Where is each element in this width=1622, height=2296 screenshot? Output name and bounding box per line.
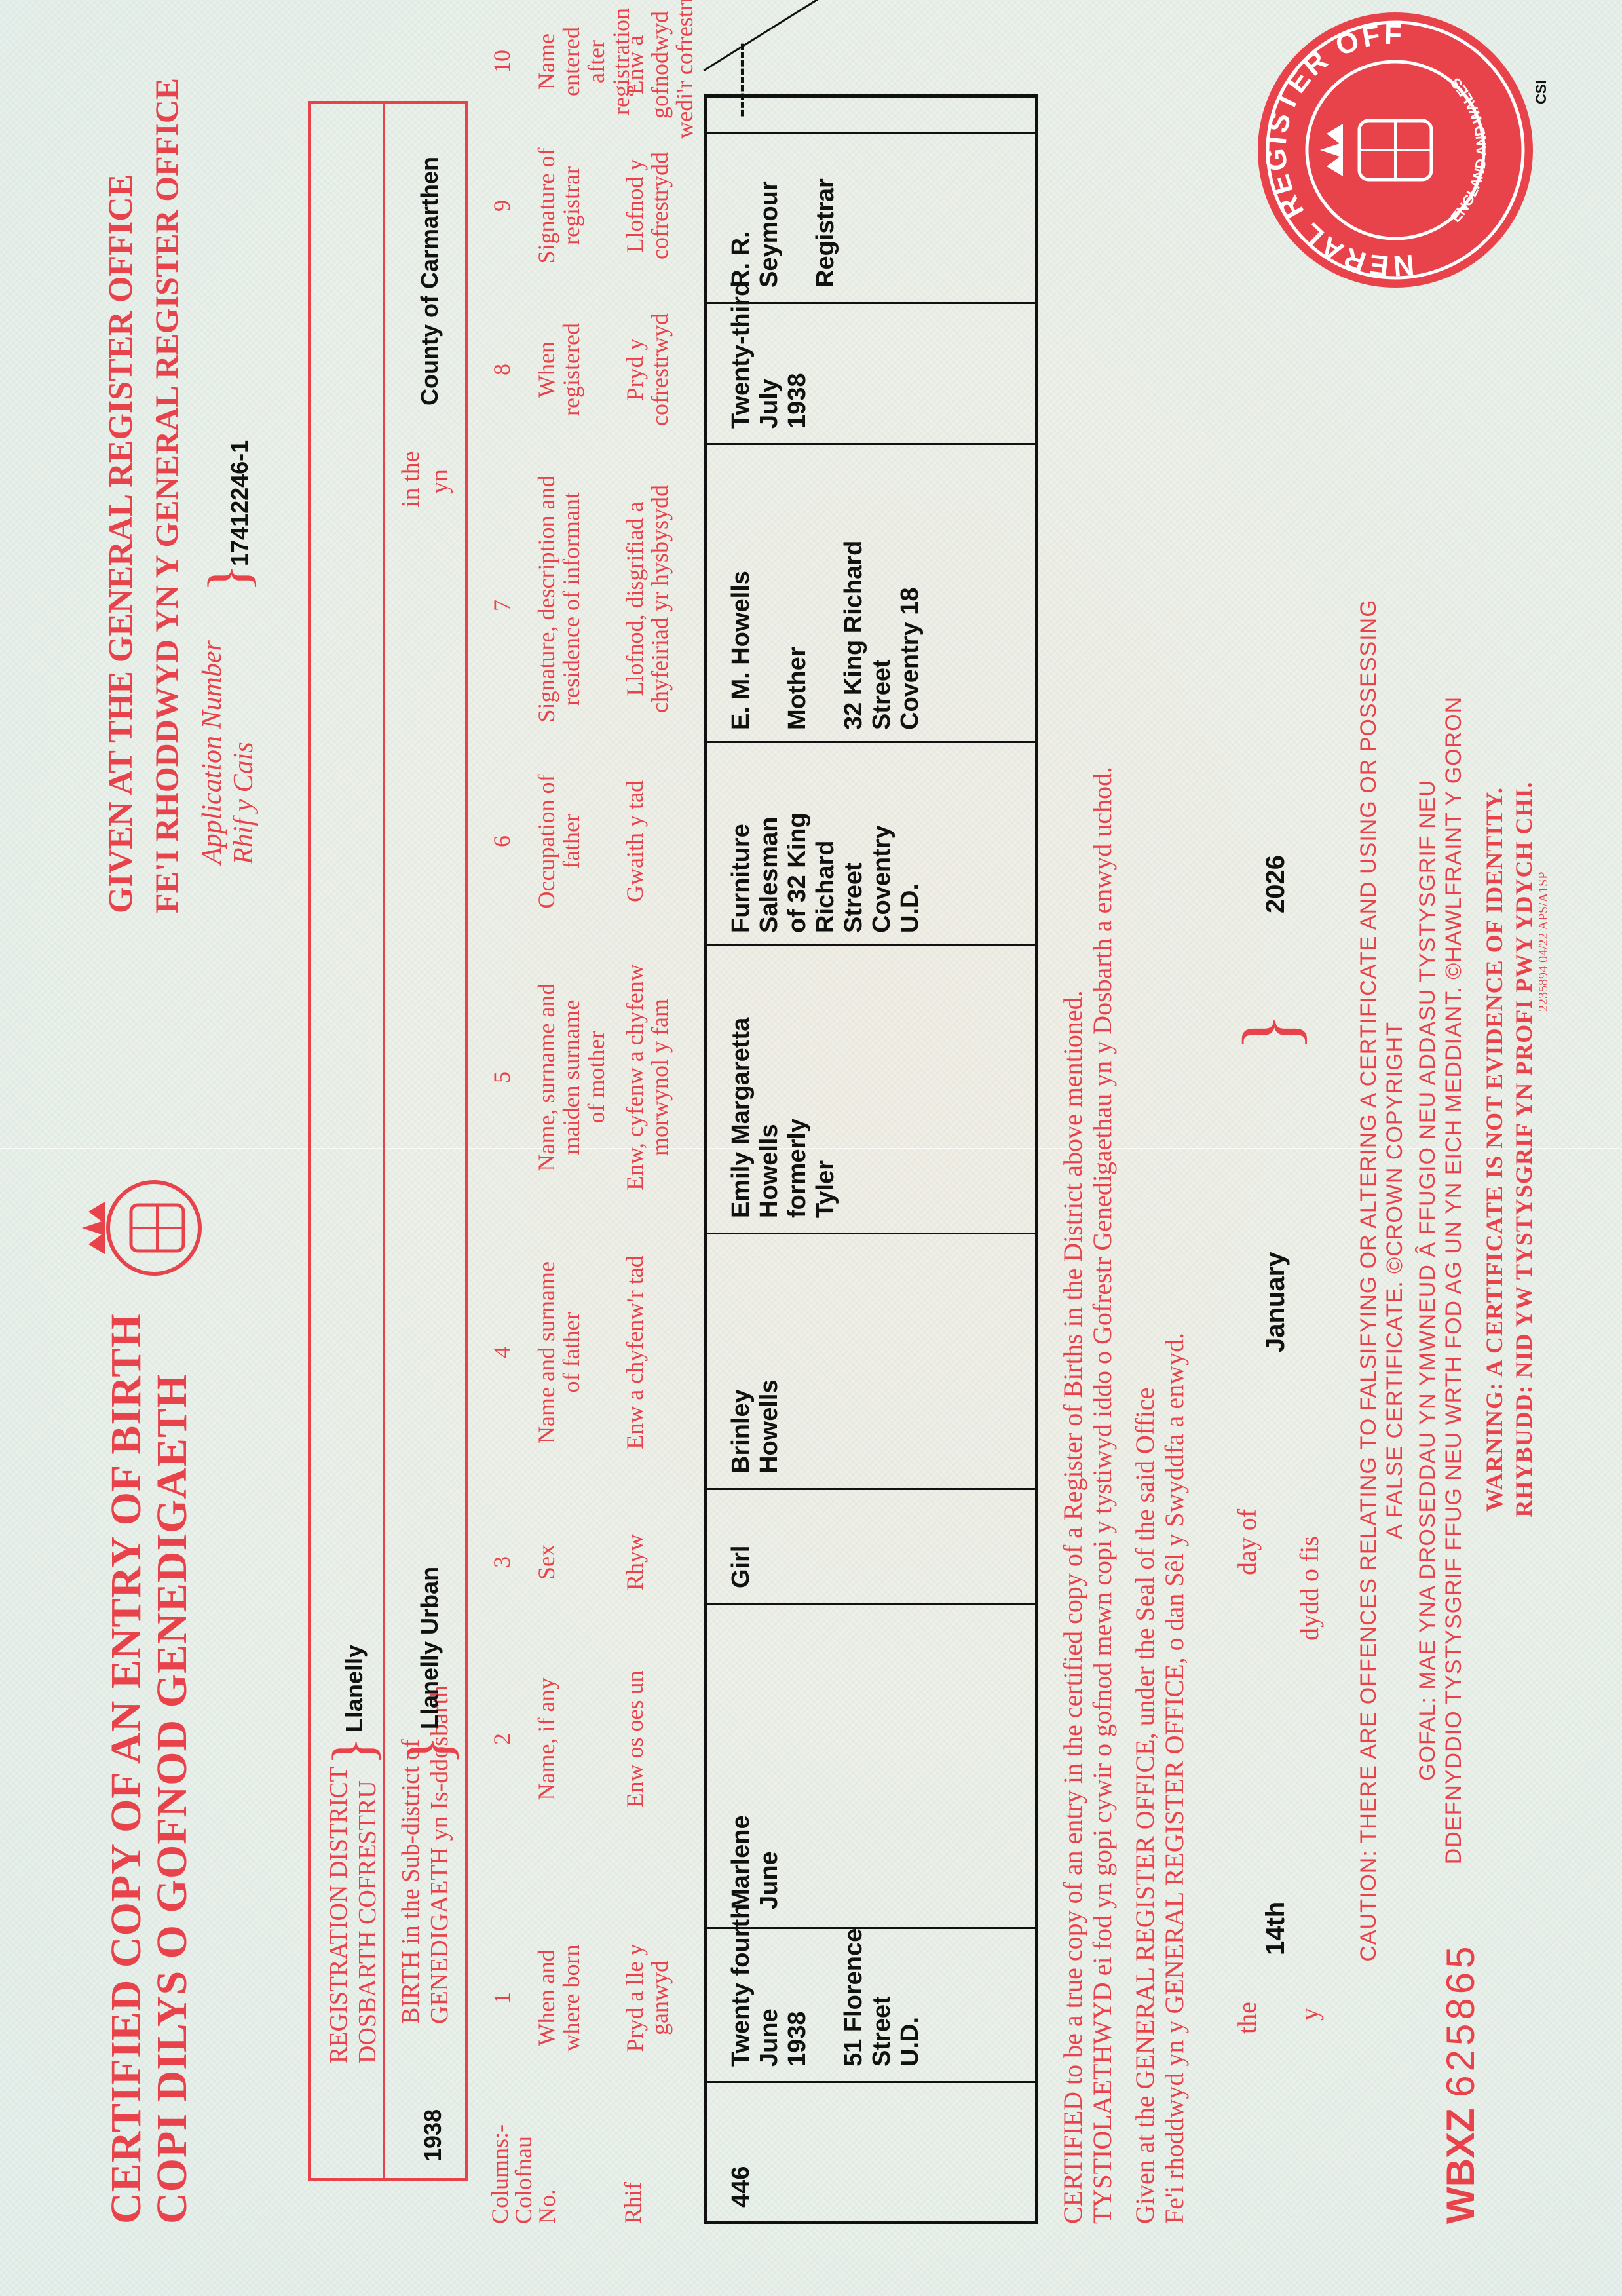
year-value: 1938 — [419, 2109, 447, 2162]
print-code: 2235894 04/22 APS/A1SP — [1536, 872, 1551, 1012]
application-number-label: Application Number Rhif y Cais — [197, 640, 259, 864]
serial-number: WBXZ 625865 — [1438, 1942, 1483, 2224]
county-value: County of Carmarthen — [416, 157, 443, 406]
royal-crest-icon — [75, 1169, 219, 1287]
col-7-header-en: Signature, description and residence of … — [534, 461, 584, 737]
col-6-header-en: Occupation of father — [534, 763, 584, 920]
certificate-document: CERTIFIED COPY OF AN ENTRY OF BIRTH COPI… — [0, 0, 1622, 2296]
entry-name: Marlene June — [727, 1815, 783, 1909]
col-8-header-cy: Pryd y cofrestrwyd — [622, 304, 672, 435]
col-9-number: 9 — [488, 140, 516, 271]
col-8-header-en: When registered — [534, 304, 584, 435]
given-seal-text-cy: Fe'i rhoddwyd yn y GENERAL REGISTER OFFI… — [1160, 1333, 1190, 2224]
caution-cy-line1: GOFAL: MAE YNA DROSEDDAU YN YMWNEUD Â FF… — [1415, 396, 1441, 2165]
brace-icon: } — [195, 564, 263, 592]
day-of-label: day of — [1232, 1509, 1262, 1575]
col-3-number: 3 — [488, 1523, 516, 1601]
entry-registrar: R. R. Seymour Registrar — [727, 178, 840, 288]
col-5-header-en: Name, surname and maiden surname of moth… — [534, 959, 609, 1195]
col-8-number: 8 — [488, 304, 516, 435]
col-7-number: 7 — [488, 474, 516, 737]
col-2-header-en: Name, if any — [534, 1654, 559, 1824]
col-5-header-cy: Enw, cyfenw a chyfenw morwynol y fam — [622, 959, 672, 1195]
col-divider — [704, 1488, 1038, 1490]
given-at-welsh: FE'I RHODDWYD YN Y GENERAL REGISTER OFFI… — [147, 78, 185, 913]
col-9-header-cy: Llofnod y cofrestrydd — [622, 134, 672, 278]
rhif-label: Rhif — [619, 2182, 647, 2224]
header-divider — [383, 101, 385, 2181]
certificate-day: 14th — [1261, 1902, 1291, 1955]
certified-text-cy: TYSTIOLAETHWYD ei fod yn gopi cywir o go… — [1087, 767, 1118, 2224]
col-10-header-en: Name entered after registration — [534, 0, 633, 127]
col-divider — [704, 1603, 1038, 1605]
col-divider — [704, 944, 1038, 946]
columns-prefix: Columns:- Colofnau No. — [488, 2124, 559, 2224]
subdistrict-value: Llanelly Urban — [416, 1567, 443, 1729]
col-7-header-cy: Llofnod, disgrifiad a chyfeiriad yr hysb… — [622, 461, 672, 737]
col-10-header-cy: Enw a gofnodwyd wedi'r cofrestru — [622, 0, 697, 140]
certified-text-en: CERTIFIED to be a true copy of an entry … — [1058, 990, 1088, 2224]
col-2-number: 2 — [488, 1687, 516, 1791]
entry-when-where-born: Twenty fourth June 1938 51 Florence Stre… — [727, 1904, 924, 2067]
col-4-number: 4 — [488, 1261, 516, 1444]
warning-en: WARNING: A CERTIFICATE IS NOT EVIDENCE O… — [1481, 330, 1508, 1968]
col-divider — [704, 2081, 1038, 2083]
col-10-number: 10 — [488, 9, 516, 114]
certificate-month: January — [1261, 1252, 1291, 1352]
col-5-number: 5 — [488, 972, 516, 1182]
col-divider — [704, 1233, 1038, 1234]
col-4-header-en: Name and surname of father — [534, 1241, 584, 1464]
brace-icon: } — [320, 1737, 387, 1765]
day-of-label-cy: dydd o fis — [1294, 1536, 1325, 1641]
registration-district-value: Llanelly — [341, 1645, 368, 1732]
col-4-header-cy: Enw a chyfenw'r tad — [622, 1241, 647, 1464]
col-divider — [704, 741, 1038, 743]
title-welsh: COPI DILYS O GOFNOD GENEDIGAETH — [147, 1374, 197, 2224]
entry-father: Brinley Howells — [727, 1379, 783, 1474]
brace-icon: } — [393, 1735, 465, 1765]
col-1-number: 1 — [488, 1945, 516, 2050]
entry-sex: Girl — [727, 1546, 755, 1588]
col-6-number: 6 — [488, 776, 516, 907]
caution-en-line2: A FALSE CERTIFICATE. ©CROWN COPYRIGHT — [1382, 396, 1408, 2165]
application-number-value: 17412246-1 — [226, 440, 254, 566]
title-english: CERTIFIED COPY OF AN ENTRY OF BIRTH — [102, 1313, 151, 2224]
entry-informant: E. M. Howells Mother 32 King Richard Str… — [727, 541, 924, 730]
date-the-label: the — [1232, 2002, 1262, 2034]
date-the-label-cy: y — [1294, 2008, 1325, 2021]
col-3-header-cy: Rhyw — [622, 1523, 647, 1601]
in-the-label: in the yn — [396, 451, 454, 507]
col-divider — [704, 443, 1038, 445]
col-3-header-en: Sex — [534, 1523, 559, 1601]
col-divider — [704, 132, 1038, 134]
given-seal-text-en: Given at the GENERAL REGISTER OFFICE, un… — [1130, 1388, 1160, 2224]
certificate-year: 2026 — [1261, 855, 1291, 913]
entry-father-occupation: Furniture Salesman of 32 King Richard St… — [727, 813, 924, 933]
brace-icon: } — [1225, 1013, 1315, 1051]
col-9-header-en: Signature of registrar — [534, 134, 584, 278]
col-2-header-cy: Enw os oes un — [622, 1654, 647, 1824]
general-register-office-seal-icon: GENERAL REGISTER OFFICE ENGLAND AND WALE… — [1251, 6, 1539, 294]
caution-en-line1: CAUTION: THERE ARE OFFENCES RELATING TO … — [1356, 396, 1382, 2165]
entry-no: 446 — [727, 2166, 755, 2208]
registration-district-label: REGISTRATION DISTRICT DOSBARTH COFRESTRU — [324, 1767, 382, 2063]
given-at-english: GIVEN AT THE GENERAL REGISTER OFFICE — [102, 174, 140, 913]
warning-cy: RHYBUDD: NID YW TYSTYSGRIF YN PROFI PWY … — [1510, 330, 1537, 1968]
col-6-header-cy: Gwaith y tad — [622, 763, 647, 920]
entry-when-registered: Twenty-third July 1938 — [727, 281, 812, 429]
col-1-header-en: When and where born — [534, 1926, 584, 2070]
caution-cy-line2: DDEFNYDDIO TYSTYSGRIF FFUG NEU WRTH FOD … — [1441, 396, 1467, 2165]
entry-mother: Emily Margaretta Howells formerly Tyler — [727, 1018, 840, 1218]
col-1-header-cy: Pryd a lle y ganwyd — [622, 1926, 672, 2070]
